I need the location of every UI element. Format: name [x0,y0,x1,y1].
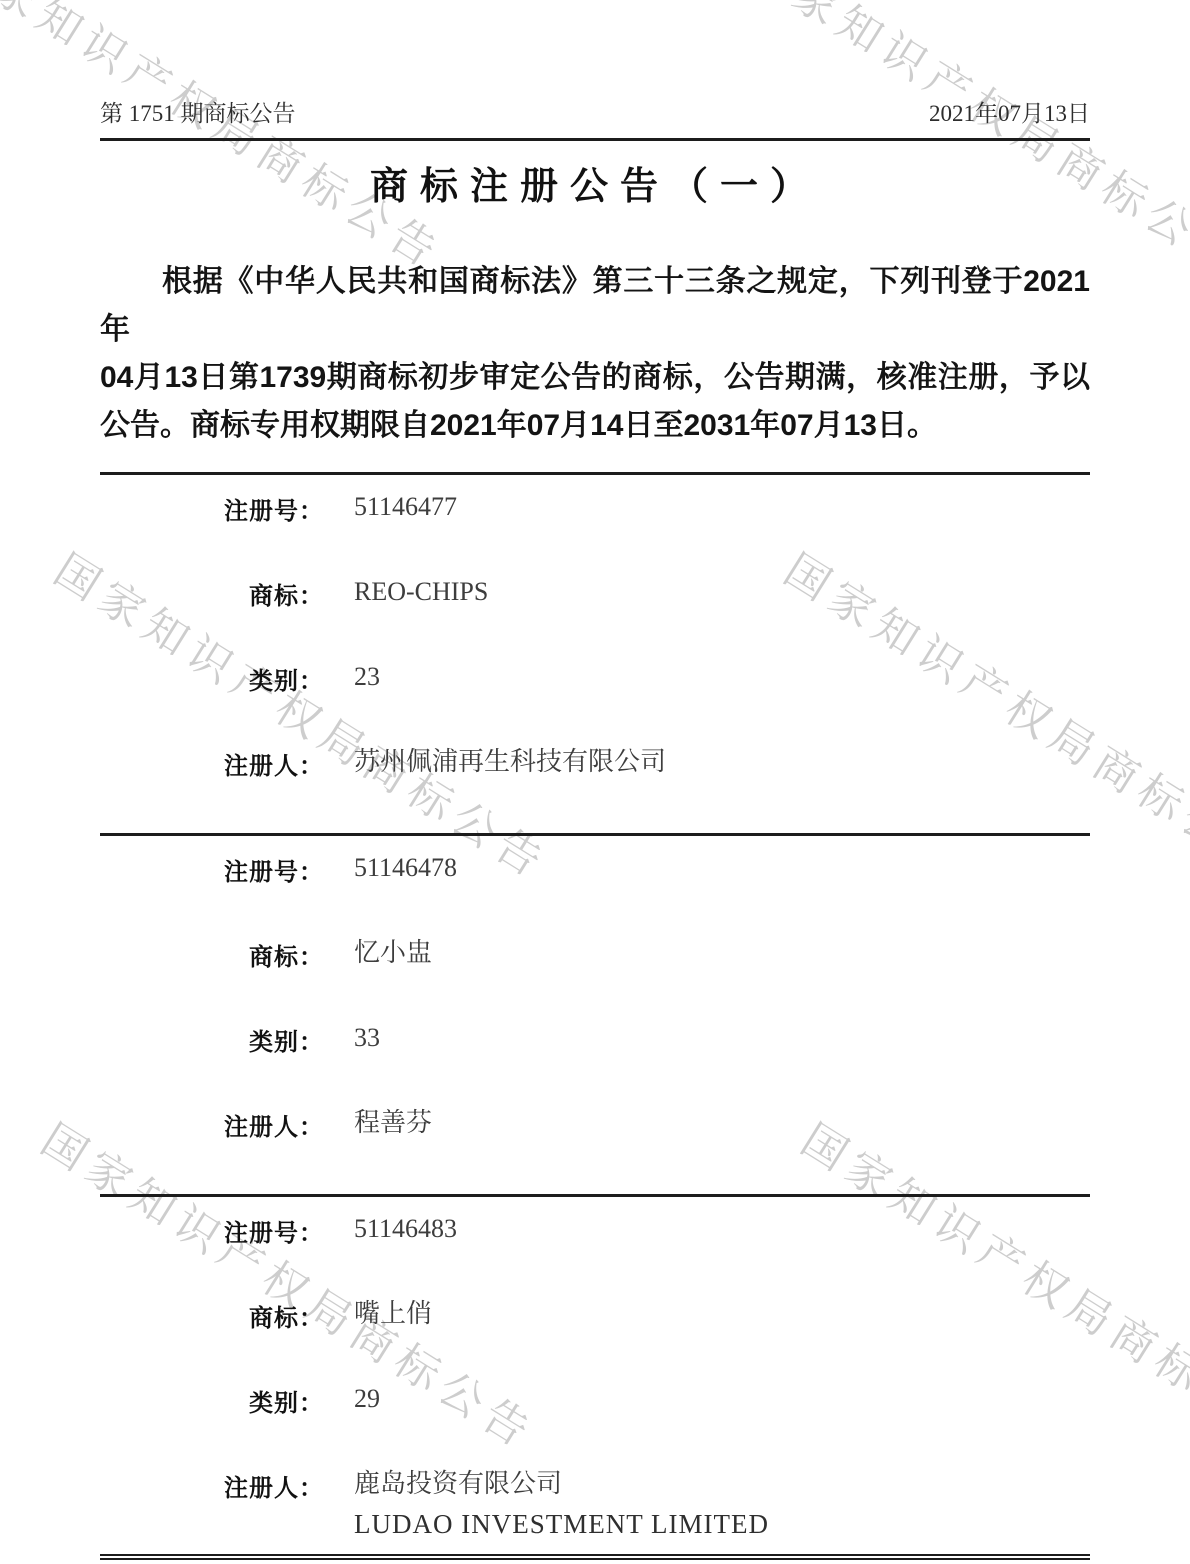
field-row-class: 类别： 29 [100,1383,1090,1418]
gazette-issue-label: 第 1751 期商标公告 [100,95,296,128]
field-label: 类别： [100,661,324,696]
field-label: 注册号： [100,852,324,887]
class-value: 29 [354,1383,380,1415]
trademark-value: REO-CHIPS [354,576,488,608]
registrant-value: 苏州佩浦再生科技有限公司 [354,746,666,778]
record: 注册号： 51146477 商标： REO-CHIPS 类别： 23 注册人： … [100,475,1090,833]
registrant-value: 程善芬 [354,1107,432,1139]
field-row-registrant: 注册人： 鹿岛投资有限公司 LUDAO INVESTMENT LIMITED [100,1468,1090,1540]
page-header: 第 1751 期商标公告 2021年07月13日 [100,0,1090,128]
reg-no-value: 51146477 [354,491,457,523]
field-row-reg-no: 注册号： 51146477 [100,491,1090,526]
page-content: 第 1751 期商标公告 2021年07月13日 商标注册公告（一） 根据《中华… [0,0,1190,1560]
field-row-class: 类别： 23 [100,661,1090,696]
registrant-en: LUDAO INVESTMENT LIMITED [354,1508,769,1540]
trademark-value: 嘴上俏 [354,1298,432,1330]
gazette-page: 国家知识产权局商标公告 国家知识产权局商标公告 国家知识产权局商标公告 国家知识… [0,0,1190,1564]
field-row-registrant: 注册人： 苏州佩浦再生科技有限公司 [100,746,1090,781]
header-rule [100,138,1090,141]
intro-line-1: 根据《中华人民共和国商标法》第三十三条之规定，下列刊登于2021年 [100,258,1090,354]
intro-paragraph: 根据《中华人民共和国商标法》第三十三条之规定，下列刊登于2021年 04月13日… [100,258,1090,450]
field-label: 商标： [100,576,324,611]
bottom-rule [100,1554,1090,1560]
field-label: 注册人： [100,746,324,781]
field-row-trademark: 商标： 忆小盅 [100,937,1090,972]
registrant-cn: 程善芬 [354,1108,432,1137]
records-list: 注册号： 51146477 商标： REO-CHIPS 类别： 23 注册人： … [100,472,1090,1560]
reg-no-value: 51146478 [354,852,457,884]
field-label: 类别： [100,1383,324,1418]
field-row-trademark: 商标： 嘴上俏 [100,1298,1090,1333]
record: 注册号： 51146483 商标： 嘴上俏 类别： 29 注册人： 鹿岛投资有限… [100,1197,1090,1554]
field-label: 注册号： [100,491,324,526]
registrant-value: 鹿岛投资有限公司 LUDAO INVESTMENT LIMITED [354,1468,769,1540]
trademark-value: 忆小盅 [354,937,432,969]
gazette-date: 2021年07月13日 [929,95,1090,128]
field-label: 商标： [100,937,324,972]
field-row-trademark: 商标： REO-CHIPS [100,576,1090,611]
field-label: 商标： [100,1298,324,1333]
field-row-reg-no: 注册号： 51146483 [100,1213,1090,1248]
page-title: 商标注册公告（一） [100,155,1090,210]
field-label: 类别： [100,1022,324,1057]
reg-no-value: 51146483 [354,1213,457,1245]
record: 注册号： 51146478 商标： 忆小盅 类别： 33 注册人： 程善芬 [100,836,1090,1194]
intro-line-3: 公告。商标专用权期限自2021年07月14日至2031年07月13日。 [100,402,1090,450]
intro-line-2: 04月13日第1739期商标初步审定公告的商标，公告期满，核准注册，予以 [100,354,1090,402]
field-label: 注册人： [100,1107,324,1142]
registrant-cn: 鹿岛投资有限公司 [354,1469,562,1498]
field-row-registrant: 注册人： 程善芬 [100,1107,1090,1142]
field-row-reg-no: 注册号： 51146478 [100,852,1090,887]
field-label: 注册号： [100,1213,324,1248]
field-label: 注册人： [100,1468,324,1503]
class-value: 33 [354,1022,380,1054]
field-row-class: 类别： 33 [100,1022,1090,1057]
registrant-cn: 苏州佩浦再生科技有限公司 [354,747,666,776]
class-value: 23 [354,661,380,693]
